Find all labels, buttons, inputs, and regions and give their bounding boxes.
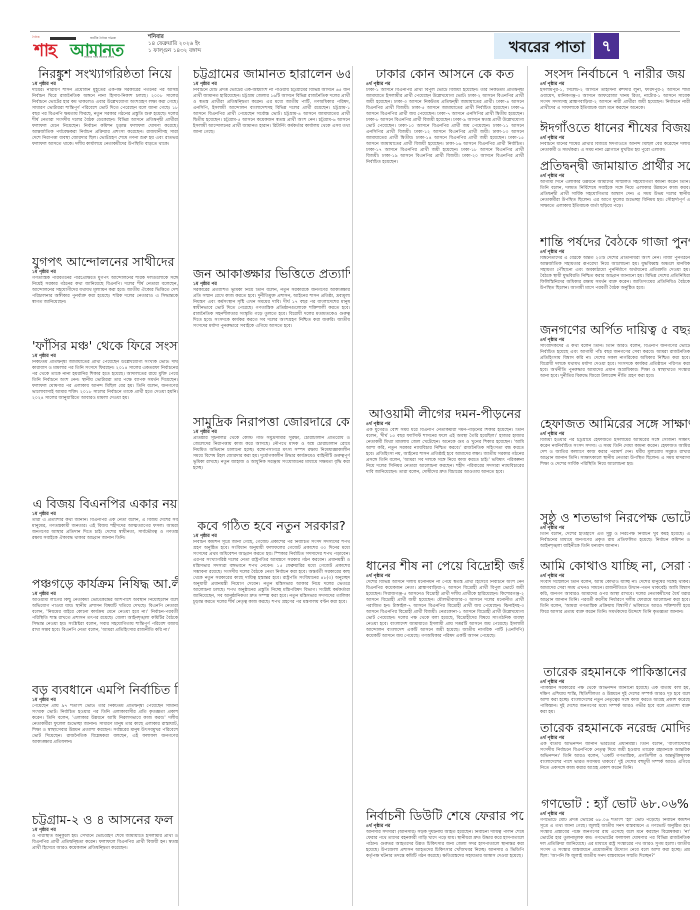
section-header: খবরের পাতা bbox=[494, 33, 591, 59]
story-headline[interactable]: চট্টগ্রামের জামানত হারালেন ৬৫ bbox=[193, 66, 350, 81]
news-story[interactable]: 'ফাঁসির মঞ্চ' থেকে ফিরে সংসদের ১ম পৃষ্ঠা… bbox=[32, 338, 178, 486]
story-body: বিশ্বনেতাদের এ বৈঠকে অন্তত ২০টি দেশের প্… bbox=[540, 256, 690, 322]
news-story[interactable]: চট্টগ্রামের জামানত হারালেন ৬৫ ১ম পৃষ্ঠার… bbox=[193, 66, 350, 266]
logo-word-green: আমানত bbox=[70, 38, 123, 66]
story-headline[interactable]: নিরঙ্কুশ সংখ্যাগরিষ্ঠতা নিয়ে bbox=[32, 66, 178, 81]
news-story[interactable]: শান্তি পর্ষদের বৈঠকে গাজা পুনর্গঠন ৪র্থ … bbox=[540, 234, 690, 322]
story-body: দেশের বিভিন্ন আসনে দলীয় মনোনয়ন না পেয়… bbox=[366, 580, 524, 810]
story-headline[interactable]: আওয়ামী লীগের দমন-পীড়নের bbox=[366, 406, 524, 421]
story-body: নির্বাচন কমিশন সূত্রে জানা গেছে, গেজেট প… bbox=[193, 540, 350, 904]
news-story[interactable]: তারেক রহমানকে পাকিস্তানের ৪র্থ পৃষ্ঠার প… bbox=[540, 664, 690, 722]
story-headline[interactable]: শান্তি পর্ষদের বৈঠকে গাজা পুনর্গঠন bbox=[540, 234, 690, 249]
news-story[interactable]: জনগণের অর্পিত দায়িত্ব ৫ বছর ৪র্থ পৃষ্ঠা… bbox=[540, 322, 690, 416]
story-body: প্রতিষ্ঠার সূচনালগ্ন থেকে কোস্ট গার্ড সম… bbox=[193, 436, 350, 520]
story-headline[interactable]: গণভোট : হ্যাঁ ভোট ৬৮.০৬% bbox=[540, 796, 690, 811]
story-headline[interactable]: সংসদ নির্বাচনে ৭ নারীর জয় bbox=[540, 66, 690, 81]
news-story[interactable]: পঞ্চগড়ে কার্যক্রম নিষিদ্ধ আ.লীগের ১ম পৃ… bbox=[32, 576, 178, 676]
story-headline[interactable]: জনগণের অর্পিত দায়িত্ব ৫ বছর bbox=[540, 322, 690, 337]
news-story[interactable]: নিরঙ্কুশ সংখ্যাগরিষ্ঠতা নিয়ে ১ম পৃষ্ঠার… bbox=[32, 66, 178, 201]
date-block: শনিবার ১৪ ফেব্রুয়ারি ২০২৬ ইং ১ ফাল্গুন … bbox=[148, 34, 201, 55]
masthead: দৈনিক জাতীয় দৈনিক পত্রিকা শাহ আমানত সত্… bbox=[30, 33, 330, 59]
story-body: বিজয়ী হওয়ার পর চট্টগ্রামে হেফাজতে ইসলা… bbox=[540, 438, 690, 510]
newspaper-page: দৈনিক জাতীয় দৈনিক পত্রিকা শাহ আমানত সত্… bbox=[0, 0, 700, 910]
news-story[interactable]: সুষ্ঠু ও শতভাগ নিরপেক্ষ ভোটে ৪র্থ পৃষ্ঠা… bbox=[540, 510, 690, 556]
story-headline[interactable]: কবে গঠিত হবে নতুন সরকার? bbox=[193, 518, 350, 533]
news-story[interactable]: গণভোট : হ্যাঁ ভোট ৬৮.০৬% ৪র্থ পৃষ্ঠার পর… bbox=[540, 796, 690, 896]
story-body: এক বার্তায় অভিনন্দন জানান ভারতের প্রধান… bbox=[540, 742, 690, 796]
story-body: দায়ের। নারায়ণ শাসন প্রয়োজন মুহূর্তের … bbox=[32, 88, 178, 201]
news-story[interactable]: জন আকাঙ্ক্ষার ভিত্তিতে প্রত্যাশিত ১ম পৃষ… bbox=[193, 266, 350, 414]
news-story[interactable]: নির্বাচনী ডিউটি শেষে ফেরার পথে ৪র্থ পৃষ্… bbox=[366, 808, 524, 890]
story-body: সাংবাদিকদের এ কথা বলেন তিনি। তিনি আরও বল… bbox=[540, 344, 690, 416]
story-body: সরকারের প্রত্যাশিত ভূমিকা নিয়ে তিনি বলে… bbox=[193, 288, 350, 414]
news-story[interactable]: আমি কোথাও যাচ্ছি না, সেরা সময় ৪র্থ পৃষ্… bbox=[540, 558, 690, 664]
news-story[interactable]: তারেক রহমানকে নরেন্দ্র মোদির ৪র্থ পৃষ্ঠা… bbox=[540, 720, 690, 796]
story-body: ঢাকা-১ আসনে বিএনপির প্রার্থী বিপুল ভোটে … bbox=[366, 88, 524, 406]
news-story[interactable]: যুগপৎ আন্দোলনের সাথীদের নিয়েই ১ম পৃষ্ঠা… bbox=[32, 254, 178, 318]
column-divider bbox=[352, 66, 353, 906]
story-body: তিনি বলেন, দেশের ইতিহাসে এত সুষ্ঠু ও নির… bbox=[540, 532, 690, 556]
story-body: পেয়েছেন প্রায় ৯৭ শতাংশ ভোট। তার নিকটতম… bbox=[32, 704, 178, 794]
story-headline[interactable]: আমি কোথাও যাচ্ছি না, সেরা সময় bbox=[540, 558, 690, 573]
story-headline[interactable]: যুগপৎ আন্দোলনের সাথীদের নিয়েই bbox=[32, 254, 178, 269]
story-headline[interactable]: বড় ব্যবধানে এমপি নির্বাচিত গিয়াস bbox=[32, 682, 178, 697]
column-divider bbox=[527, 66, 528, 906]
story-headline[interactable]: চট্টগ্রাম-২ ও ৪ আসনের ফল ঘোষণা bbox=[32, 812, 178, 827]
story-headline[interactable]: তারেক রহমানকে নরেন্দ্র মোদির bbox=[540, 720, 690, 735]
story-body: গণতান্ত্রিক পরিবর্তনের পরিপ্রেক্ষিতে যুগ… bbox=[32, 276, 178, 318]
news-story[interactable]: সংসদ নির্বাচনে ৭ নারীর জয় ৪র্থ পৃষ্ঠার … bbox=[540, 66, 690, 118]
story-headline[interactable]: 'ফাঁসির মঞ্চ' থেকে ফিরে সংসদের bbox=[32, 338, 178, 353]
day-of-week: শনিবার bbox=[148, 34, 201, 41]
news-story[interactable]: চট্টগ্রাম-২ ও ৪ আসনের ফল ঘোষণা ১ম পৃষ্ঠা… bbox=[32, 812, 178, 864]
story-body: নির্বাচনে ধানের শীষের প্রার্থীর বিজয়ে ঈ… bbox=[540, 142, 690, 154]
story-headline[interactable]: সুষ্ঠু ও শতভাগ নিরপেক্ষ ভোটে bbox=[540, 510, 690, 525]
date-bangla: ১ ফাল্গুন ১৪৩২ বঙ্গাব্দ bbox=[148, 48, 201, 55]
news-story[interactable]: ঢাকার কোন আসনে কে কত ৪র্থ পৃষ্ঠার পর ঢাক… bbox=[366, 66, 524, 406]
story-body: গণভোটে মোট প্রদত্ত ভোটের ৬৮.০৬ শতাংশ 'হ্… bbox=[540, 818, 690, 896]
story-body: আওয়ামী লীগের কিছু নেতাকর্মী ভোটকেন্দ্রে… bbox=[32, 598, 178, 676]
news-story[interactable]: কবে গঠিত হবে নতুন সরকার? ১ম পৃষ্ঠার পর ন… bbox=[193, 518, 350, 904]
story-headline[interactable]: ঢাকার কোন আসনে কে কত bbox=[366, 66, 524, 81]
date-gregorian: ১৪ ফেব্রুয়ারি ২০২৬ ইং bbox=[148, 41, 201, 48]
logo-word-red: শাহ bbox=[34, 38, 56, 66]
story-headline[interactable]: এ বিজয় বিএনপির একার নয় bbox=[32, 496, 178, 511]
story-body: নিকটতম প্রতিদ্বন্দ্বী জামায়াতের প্রার্থ… bbox=[32, 360, 178, 486]
story-body: এক যুগেরও বেশি সময় ধরে বিএনপি নেতাকর্মী… bbox=[366, 428, 524, 558]
news-story[interactable]: প্রতিদ্বন্দ্বী জামায়াত প্রার্থীর সঙ্গে … bbox=[540, 158, 690, 234]
story-headline[interactable]: তারেক রহমানকে পাকিস্তানের bbox=[540, 664, 690, 679]
logo-tagline: সত্যের পথে সত্যের সাথে bbox=[84, 55, 114, 61]
story-body: ইসলামপুর-১, সিলেট-২ আসনে তাহসিনা রুশদীর … bbox=[540, 88, 690, 118]
news-story[interactable]: বড় ব্যবধানে এমপি নির্বাচিত গিয়াস ১ম পৃ… bbox=[32, 682, 178, 794]
story-body: তারা এ প্রত্যাশার কথা জানান। বিএনপির এক … bbox=[32, 518, 178, 566]
news-story[interactable]: সামুদ্রিক নিরাপত্তা জোরদারে কোস্ট গার্ডে… bbox=[193, 414, 350, 520]
newspaper-logo[interactable]: দৈনিক জাতীয় দৈনিক পত্রিকা শাহ আমানত সত্… bbox=[32, 35, 142, 57]
news-story[interactable]: ধানের শীষ না পেয়ে বিদ্রোহী জয়ী ৪র্থ পৃ… bbox=[366, 558, 524, 810]
column-divider bbox=[178, 66, 179, 906]
story-body: ও পরিস্থিতি অনুকূলে হয়। সেখানে ভোটগ্রহণ… bbox=[32, 834, 178, 864]
story-headline[interactable]: পঞ্চগড়ে কার্যক্রম নিষিদ্ধ আ.লীগের bbox=[32, 576, 178, 591]
story-headline[interactable]: প্রতিদ্বন্দ্বী জামায়াত প্রার্থীর সঙ্গে … bbox=[540, 158, 690, 173]
story-headline[interactable]: সামুদ্রিক নিরাপত্তা জোরদারে কোস্ট গার্ডে… bbox=[193, 414, 350, 429]
news-story[interactable]: ঈদগাঁওতে ধানের শীষের বিজয় ৪র্থ পৃষ্ঠার … bbox=[540, 120, 690, 154]
story-body: সংবাদ সম্মেলনে তিনি বলেন, আমি কোথাও যাচ্… bbox=[540, 580, 690, 664]
story-body: আগামী দিনে এলাকার উন্নয়নে আমাদের সম্মিল… bbox=[540, 180, 690, 234]
news-story[interactable]: এ বিজয় বিএনপির একার নয় ১ম পৃষ্ঠার পর ত… bbox=[32, 496, 178, 566]
story-body: পাকিস্তান সরকারের পক্ষ থেকে অভিনন্দন জান… bbox=[540, 686, 690, 722]
page-number: ৭ bbox=[594, 33, 619, 59]
news-story[interactable]: হেফাজত আমিরের সঙ্গে সাক্ষাৎ করলেন ৪র্থ প… bbox=[540, 416, 690, 510]
top-rule bbox=[30, 31, 680, 32]
news-story[interactable]: আওয়ামী লীগের দমন-পীড়নের ৪র্থ পৃষ্ঠার প… bbox=[366, 406, 524, 558]
story-headline[interactable]: ঈদগাঁওতে ধানের শীষের বিজয় bbox=[540, 120, 690, 135]
story-headline[interactable]: জন আকাঙ্ক্ষার ভিত্তিতে প্রত্যাশিত bbox=[193, 266, 350, 281]
section-title: খবরের পাতা bbox=[494, 36, 585, 61]
story-body: আনসার সদস্যরা (আনসার) সড়ক দুর্ঘটনায় আহ… bbox=[366, 830, 524, 890]
story-headline[interactable]: ধানের শীষ না পেয়ে বিদ্রোহী জয়ী bbox=[366, 558, 524, 573]
story-headline[interactable]: হেফাজত আমিরের সঙ্গে সাক্ষাৎ করলেন bbox=[540, 416, 690, 431]
story-headline[interactable]: নির্বাচনী ডিউটি শেষে ফেরার পথে bbox=[366, 808, 524, 823]
story-body: নির্বাচনে মোট প্রদত্ত ভোটের এক-অষ্টমাংশ … bbox=[193, 88, 350, 266]
